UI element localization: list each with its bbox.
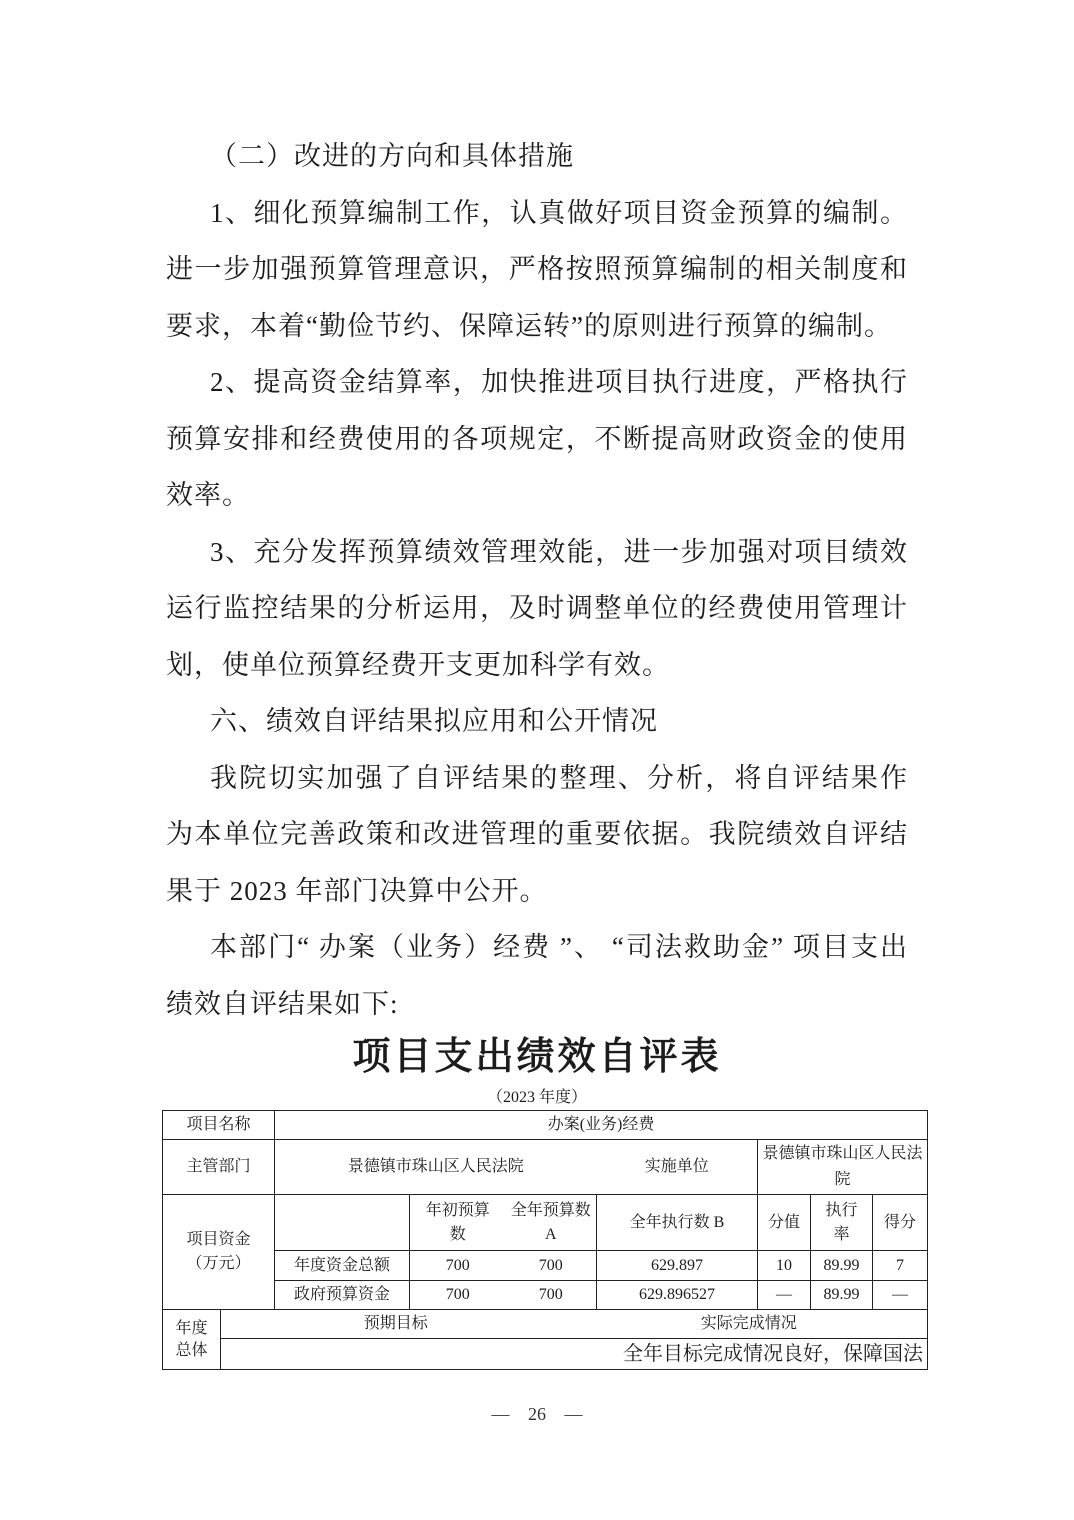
- table-row-project-name: 项目名称 办案(业务)经费: [163, 1111, 928, 1140]
- table-row-department: 主管部门 景德镇市珠山区人民法院 实施单位 景德镇市珠山区人民法 院: [163, 1140, 928, 1195]
- table-row-overall-value: 全年目标完成情况良好，保障国法: [163, 1339, 928, 1370]
- fund-weight: 10: [758, 1251, 811, 1281]
- paragraph-item-1: 1、细化预算编制工作，认真做好项目资金预算的编制。进一步加强预算管理意识，严格按…: [166, 185, 908, 355]
- self-evaluation-table: 项目名称 办案(业务)经费 主管部门 景德镇市珠山区人民法院 实施单位 景德镇市…: [162, 1110, 928, 1310]
- self-evaluation-table-bottom: 年度 总体 预期目标 实际完成情况 全年目标完成情况良好，保障国法: [162, 1309, 928, 1370]
- document-page: （二）改进的方向和具体措施 1、细化预算编制工作，认真做好项目资金预算的编制。进…: [0, 0, 1074, 1520]
- project-name-label: 项目名称: [163, 1111, 275, 1140]
- col-header-annual-budget: 全年预算数 A: [506, 1195, 597, 1251]
- project-name-value: 办案(业务)经费: [275, 1111, 928, 1140]
- fund-executed: 629.897: [597, 1251, 758, 1281]
- department-label: 主管部门: [163, 1140, 275, 1195]
- fund-executed: 629.896527: [597, 1281, 758, 1310]
- table-row-annual-total: 年度资金总额 700 700 629.897 10 89.99 7: [163, 1251, 928, 1281]
- funds-blank-cell: [275, 1195, 410, 1251]
- col-header-executed: 全年执行数 B: [597, 1195, 758, 1251]
- paragraph-item-2: 2、提高资金结算率，加快推进项目执行进度，严格执行预算安排和经费使用的各项规定，…: [166, 354, 908, 524]
- fund-score: —: [873, 1281, 928, 1310]
- col-header-weight: 分值: [758, 1195, 811, 1251]
- table-row-overall-header: 年度 总体 预期目标 实际完成情况: [163, 1310, 928, 1339]
- fund-initial: 700: [410, 1251, 506, 1281]
- paragraph-section-heading-6: 六、绩效自评结果拟应用和公开情况: [166, 693, 908, 750]
- actual-completion-label: 实际完成情况: [571, 1310, 928, 1339]
- page-number: — 26 —: [0, 1404, 1074, 1425]
- paragraph-item-3: 3、充分发挥预算绩效管理效能，进一步加强对项目绩效运行监控结果的分析运用，及时调…: [166, 524, 908, 694]
- fund-row-name: 年度资金总额: [275, 1251, 410, 1281]
- fund-weight: —: [758, 1281, 811, 1310]
- paragraph-section-heading: （二）改进的方向和具体措施: [166, 128, 908, 185]
- body-text: （二）改进的方向和具体措施 1、细化预算编制工作，认真做好项目资金预算的编制。进…: [166, 128, 908, 1032]
- funds-label: 项目资金 （万元）: [163, 1195, 275, 1310]
- table-row-funds-header: 项目资金 （万元） 年初预算 数 全年预算数 A 全年执行数 B 分值 执行 率…: [163, 1195, 928, 1251]
- fund-row-name: 政府预算资金: [275, 1281, 410, 1310]
- col-header-score: 得分: [873, 1195, 928, 1251]
- fund-score: 7: [873, 1251, 928, 1281]
- actual-completion-text: 全年目标完成情况良好，保障国法: [221, 1339, 928, 1370]
- col-header-initial-budget: 年初预算 数: [410, 1195, 506, 1251]
- table-title: 项目支出绩效自评表: [0, 1036, 1074, 1078]
- fund-annual: 700: [506, 1251, 597, 1281]
- department-value: 景德镇市珠山区人民法院: [275, 1140, 597, 1195]
- expected-goal-label: 预期目标: [221, 1310, 571, 1339]
- fund-annual: 700: [506, 1281, 597, 1310]
- implementing-unit-value: 景德镇市珠山区人民法 院: [758, 1140, 928, 1195]
- table-row-gov-budget: 政府预算资金 700 700 629.896527 — 89.99 —: [163, 1281, 928, 1310]
- paragraph-intro-table: 本部门“ 办案（业务）经费 ”、 “司法救助金” 项目支出绩效自评结果如下:: [166, 919, 908, 1032]
- col-header-exec-rate: 执行 率: [811, 1195, 873, 1251]
- paragraph-application: 我院切实加强了自评结果的整理、分析，将自评结果作为本单位完善政策和改进管理的重要…: [166, 750, 908, 920]
- fund-rate: 89.99: [811, 1281, 873, 1310]
- implementing-unit-label: 实施单位: [597, 1140, 758, 1195]
- fund-rate: 89.99: [811, 1251, 873, 1281]
- table-subtitle: （2023 年度）: [0, 1086, 1074, 1110]
- overall-label: 年度 总体: [163, 1310, 221, 1370]
- fund-initial: 700: [410, 1281, 506, 1310]
